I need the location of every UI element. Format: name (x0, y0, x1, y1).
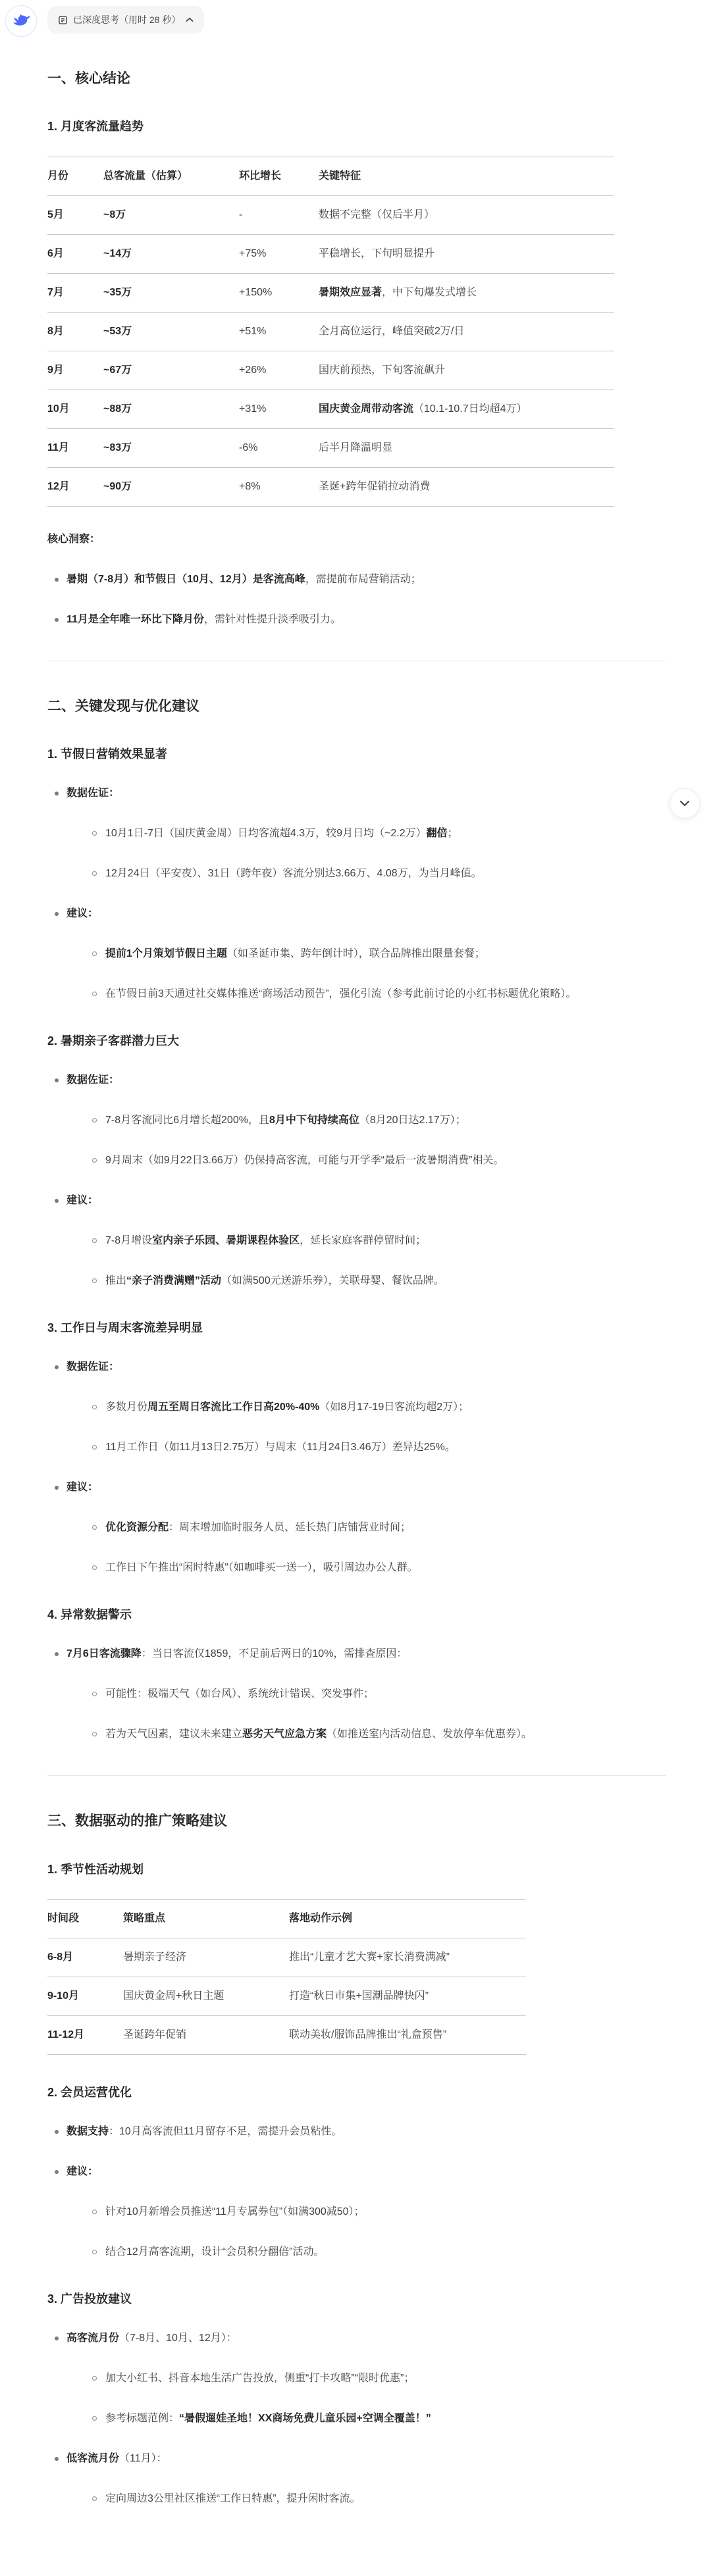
anomaly-block: 7月6日客流骤降：当日客流仅1859，不足前后两日的10%，需排查原因： 可能性… (47, 1645, 666, 1744)
evidence-sublist: 10月1日-7日（国庆黄金周）日均客流超4.3万，较9月日均（~2.2万）翻倍；… (86, 824, 666, 883)
section-2-sub-1-title: 1. 节假日营销效果显著 (47, 745, 666, 763)
cell-period: 9-10月 (47, 1977, 123, 2015)
cell-growth: - (239, 195, 319, 234)
section-2-sub-2-title: 2. 暑期亲子客群潜力巨大 (47, 1032, 666, 1049)
cell-focus: 国庆黄金周+秋日主题 (123, 1977, 289, 2015)
finding-list: 数据佐证： 10月1日-7日（国庆黄金周）日均客流超4.3万，较9月日均（~2.… (47, 784, 666, 1003)
cell-volume: ~88万 (103, 390, 239, 428)
evidence-sublist: 7-8月客流同比6月增长超200%，且8月中下旬持续高位（8月20日达2.17万… (86, 1111, 666, 1170)
evidence-text: 7-8月客流同比6月增长超200%，且8月中下旬持续高位（8月20日达2.17万… (105, 1115, 466, 1126)
insight-text: 11月是全年唯一环比下降月份，需针对性提升淡季吸引力。 (66, 614, 341, 625)
col-header-action: 落地动作示例 (289, 1899, 526, 1938)
anomaly-item: 若为天气因素，建议未来建立恶劣天气应急方案（如推送室内活动信息、发放停车优惠券）… (86, 1725, 666, 1744)
anomaly-sublist: 可能性：极端天气（如台风）、系统统计错误、突发事件； 若为天气因素，建议未来建立… (86, 1685, 666, 1744)
section-divider (47, 1775, 666, 1776)
col-header-period: 时间段 (47, 1899, 123, 1938)
evidence-label: 数据佐证： (66, 788, 119, 799)
assistant-response: 一、核心结论 1. 月度客流量趋势 月份 总客流量（估算） 环比增长 关键特征 … (47, 69, 666, 2508)
deepthink-icon (58, 15, 68, 25)
cell-feature: 国庆前预热，下旬客流飙升 (319, 351, 614, 390)
col-header-focus: 策略重点 (123, 1899, 289, 1938)
cell-volume: ~67万 (103, 351, 239, 390)
cell-month: 8月 (47, 312, 103, 351)
cell-volume: ~90万 (103, 467, 239, 506)
finding-list: 数据佐证： 多数月份周五至周日客流比工作日高20%-40%（如8月17-19日客… (47, 1358, 666, 1577)
high-traffic-label: 高客流月份（7-8月、10月、12月）： (66, 2333, 237, 2344)
cell-growth: +75% (239, 234, 319, 273)
cell-volume: ~83万 (103, 428, 239, 467)
table-row-sep: 9月~67万+26%国庆前预热，下旬客流飙升 (47, 351, 614, 390)
cell-feature: 数据不完整（仅后半月） (319, 195, 614, 234)
table-row-jun: 6月~14万+75%平稳增长，下旬明显提升 (47, 234, 614, 273)
table-row-winter: 11-12月圣诞跨年促销联动美妆/服饰品牌推出“礼盒预售” (47, 2015, 526, 2054)
advice-sublist: 针对10月新增会员推送“11月专属券包”（如满300减50）； 结合12月高客流… (86, 2203, 666, 2261)
advice-text: 推出“亲子消费满赠”活动（如满500元送游乐券），关联母婴、餐饮品牌。 (105, 1275, 444, 1286)
low-traffic-block: 低客流月份（11月）： 定向周边3公里社区推送“工作日特惠”，提升闲时客流。 (47, 2450, 666, 2508)
evidence-text: 10月1日-7日（国庆黄金周）日均客流超4.3万，较9月日均（~2.2万）翻倍； (105, 828, 458, 839)
advice-text: 工作日下午推出“闲时特惠”（如咖啡买一送一），吸引周边办公人群。 (105, 1562, 418, 1573)
cell-month: 7月 (47, 273, 103, 312)
cell-month: 12月 (47, 467, 103, 506)
advice-label: 建议： (66, 1195, 98, 1206)
section-3-sub-2-title: 2. 会员运营优化 (47, 2084, 666, 2101)
table-row-nov: 11月~83万-6%后半月降温明显 (47, 428, 614, 467)
advice-item: 在节假日前3天通过社交媒体推送“商场活动预告”，强化引流（参考此前讨论的小红书标… (86, 985, 666, 1003)
evidence-item: 11月工作日（如11月13日2.75万）与周末（11月24日3.46万）差异达2… (86, 1438, 666, 1457)
insight-text: 暑期（7-8月）和节假日（10月、12月）是客流高峰，需提前布局营销活动； (66, 574, 421, 585)
advice-label: 建议： (66, 908, 98, 919)
cell-growth: +31% (239, 390, 319, 428)
cell-month: 10月 (47, 390, 103, 428)
col-header-month: 月份 (47, 157, 103, 195)
advice-item: 针对10月新增会员推送“11月专属券包”（如满300减50）； (86, 2203, 666, 2221)
core-insight-list: 暑期（7-8月）和节假日（10月、12月）是客流高峰，需提前布局营销活动； 11… (47, 570, 666, 629)
evidence-item: 9月周末（如9月22日3.66万）仍保持高客流，可能与开学季“最后一波暑期消费”… (86, 1151, 666, 1170)
anomaly-sub-text: 可能性：极端天气（如台风）、系统统计错误、突发事件； (105, 1688, 374, 1700)
ads-text: 参考标题范例：“暑假遛娃圣地！XX商场免费儿童乐园+空调全覆盖！” (105, 2413, 431, 2424)
cell-growth: +150% (239, 273, 319, 312)
assistant-message: 已深度思考（用时 28 秒） 一、核心结论 1. 月度客流量趋势 月份 总客流量… (5, 5, 698, 2530)
cell-action: 联动美妆/服饰品牌推出“礼盒预售” (289, 2015, 526, 2054)
col-header-growth: 环比增长 (239, 157, 319, 195)
chevron-down-icon (679, 799, 690, 809)
high-traffic-sublist: 加大小红书、抖音本地生活广告投放，侧重“打卡攻略”“限时优惠”； 参考标题范例：… (86, 2369, 666, 2428)
member-ops-list: 数据支持：10月高客流但11月留存不足，需提升会员粘性。 建议： 针对10月新增… (47, 2123, 666, 2261)
low-traffic-sublist: 定向周边3公里社区推送“工作日特惠”，提升闲时客流。 (86, 2490, 666, 2508)
evidence-block: 数据佐证： 多数月份周五至周日客流比工作日高20%-40%（如8月17-19日客… (47, 1358, 666, 1457)
cell-growth: +51% (239, 312, 319, 351)
evidence-item: 12月24日（平安夜）、31日（跨年夜）客流分别达3.66万、4.08万，为当月… (86, 865, 666, 883)
deep-thinking-label: 已深度思考（用时 28 秒） (73, 13, 180, 26)
advice-item: 工作日下午推出“闲时特惠”（如咖啡买一送一），吸引周边办公人群。 (86, 1559, 666, 1577)
advice-sublist: 7-8月增设室内亲子乐园、暑期课程体验区，延长家庭客群停留时间； 推出“亲子消费… (86, 1232, 666, 1290)
evidence-label: 数据佐证： (66, 1361, 119, 1373)
section-3-sub-3-title: 3. 广告投放建议 (47, 2290, 666, 2308)
col-header-feature: 关键特征 (319, 157, 614, 195)
cell-growth: +26% (239, 351, 319, 390)
table-row-summer: 6-8月暑期亲子经济推出“儿童才艺大赛+家长消费满减” (47, 1938, 526, 1977)
advice-item: 优化资源分配：周末增加临时服务人员、延长热门店铺营业时间； (86, 1519, 666, 1537)
table-header-row: 时间段 策略重点 落地动作示例 (47, 1899, 526, 1938)
section-1-sub-1-title: 1. 月度客流量趋势 (47, 118, 666, 135)
cell-feature: 后半月降温明显 (319, 428, 614, 467)
evidence-text: 9月周末（如9月22日3.66万）仍保持高客流，可能与开学季“最后一波暑期消费”… (105, 1155, 504, 1166)
evidence-item: 10月1日-7日（国庆黄金周）日均客流超4.3万，较9月日均（~2.2万）翻倍； (86, 824, 666, 843)
evidence-sublist: 多数月份周五至周日客流比工作日高20%-40%（如8月17-19日客流均超2万）… (86, 1398, 666, 1457)
anomaly-text: 7月6日客流骤降：当日客流仅1859，不足前后两日的10%，需排查原因： (66, 1648, 407, 1659)
ads-item: 参考标题范例：“暑假遛娃圣地！XX商场免费儿童乐园+空调全覆盖！” (86, 2410, 666, 2428)
cell-focus: 暑期亲子经济 (123, 1938, 289, 1977)
cell-growth: +8% (239, 467, 319, 506)
cell-action: 推出“儿童才艺大赛+家长消费满减” (289, 1938, 526, 1977)
cell-feature: 圣诞+跨年促销拉动消费 (319, 467, 614, 506)
table-row-jul: 7月~35万+150%暑期效应显著，中下旬爆发式增长 (47, 273, 614, 312)
cell-month: 5月 (47, 195, 103, 234)
table-row-autumn: 9-10月国庆黄金周+秋日主题打造“秋日市集+国潮品牌快闪” (47, 1977, 526, 2015)
ads-item: 定向周边3公里社区推送“工作日特惠”，提升闲时客流。 (86, 2490, 666, 2508)
section-1-title: 一、核心结论 (47, 69, 666, 89)
core-insight-label: 核心洞察： (47, 530, 666, 549)
deepseek-whale-logo (11, 10, 31, 33)
cell-period: 6-8月 (47, 1938, 123, 1977)
advice-block: 建议： 提前1个月策划节假日主题（如圣诞市集、跨年倒计时），联合品牌推出限量套餐… (47, 905, 666, 1003)
table-row-aug: 8月~53万+51%全月高位运行，峰值突破2万/日 (47, 312, 614, 351)
advice-item: 结合12月高客流期，设计“会员积分翻倍”活动。 (86, 2243, 666, 2261)
support-item: 数据支持：10月高客流但11月留存不足，需提升会员粘性。 (47, 2123, 666, 2141)
ads-item: 加大小红书、抖音本地生活广告投放，侧重“打卡攻略”“限时优惠”； (86, 2369, 666, 2388)
insight-item: 11月是全年唯一环比下降月份，需针对性提升淡季吸引力。 (47, 611, 666, 629)
table-row-may: 5月~8万-数据不完整（仅后半月） (47, 195, 614, 234)
support-text: 数据支持：10月高客流但11月留存不足，需提升会员粘性。 (66, 2126, 342, 2137)
anomaly-item: 可能性：极端天气（如台风）、系统统计错误、突发事件； (86, 1685, 666, 1704)
advice-text: 优化资源分配：周末增加临时服务人员、延长热门店铺营业时间； (105, 1522, 411, 1533)
advice-text: 提前1个月策划节假日主题（如圣诞市集、跨年倒计时），联合品牌推出限量套餐； (105, 948, 485, 959)
advice-label: 建议： (66, 1482, 98, 1493)
advice-item: 推出“亲子消费满赠”活动（如满500元送游乐券），关联母婴、餐饮品牌。 (86, 1272, 666, 1290)
advice-label: 建议： (66, 2166, 98, 2177)
advice-item: 7-8月增设室内亲子乐园、暑期课程体验区，延长家庭客群停留时间； (86, 1232, 666, 1250)
section-divider (47, 661, 666, 661)
evidence-label: 数据佐证： (66, 1074, 119, 1086)
cell-feature: 全月高位运行，峰值突破2万/日 (319, 312, 614, 351)
cell-month: 9月 (47, 351, 103, 390)
table-row-dec: 12月~90万+8%圣诞+跨年促销拉动消费 (47, 467, 614, 506)
evidence-text: 12月24日（平安夜）、31日（跨年夜）客流分别达3.66万、4.08万，为当月… (105, 868, 482, 879)
cell-volume: ~53万 (103, 312, 239, 351)
section-2-title: 二、关键发现与优化建议 (47, 697, 666, 717)
evidence-item: 7-8月客流同比6月增长超200%，且8月中下旬持续高位（8月20日达2.17万… (86, 1111, 666, 1130)
advice-block: 建议： 7-8月增设室内亲子乐园、暑期课程体验区，延长家庭客群停留时间； 推出“… (47, 1192, 666, 1290)
cell-volume: ~8万 (103, 195, 239, 234)
advice-item: 提前1个月策划节假日主题（如圣诞市集、跨年倒计时），联合品牌推出限量套餐； (86, 945, 666, 963)
advice-sublist: 提前1个月策划节假日主题（如圣诞市集、跨年倒计时），联合品牌推出限量套餐； 在节… (86, 945, 666, 1003)
cell-volume: ~14万 (103, 234, 239, 273)
evidence-block: 数据佐证： 7-8月客流同比6月增长超200%，且8月中下旬持续高位（8月20日… (47, 1071, 666, 1170)
table-row-oct: 10月~88万+31%国庆黄金周带动客流（10.1-10.7日均超4万） (47, 390, 614, 428)
anomaly-sub-text: 若为天气因素，建议未来建立恶劣天气应急方案（如推送室内活动信息、发放停车优惠券）… (105, 1729, 532, 1740)
chat-page: 已深度思考（用时 28 秒） 一、核心结论 1. 月度客流量趋势 月份 总客流量… (0, 0, 711, 2576)
finding-list: 数据佐证： 7-8月客流同比6月增长超200%，且8月中下旬持续高位（8月20日… (47, 1071, 666, 1290)
evidence-text: 多数月份周五至周日客流比工作日高20%-40%（如8月17-19日客流均超2万）… (105, 1402, 469, 1413)
assistant-avatar (5, 5, 37, 37)
low-traffic-label: 低客流月份（11月）： (66, 2453, 167, 2464)
insight-item: 暑期（7-8月）和节假日（10月、12月）是客流高峰，需提前布局营销活动； (47, 570, 666, 589)
seasonal-plan-table: 时间段 策略重点 落地动作示例 6-8月暑期亲子经济推出“儿童才艺大赛+家长消费… (47, 1899, 526, 2055)
monthly-traffic-table: 月份 总客流量（估算） 环比增长 关键特征 5月~8万-数据不完整（仅后半月） … (47, 157, 614, 507)
assistant-message-body: 已深度思考（用时 28 秒） 一、核心结论 1. 月度客流量趋势 月份 总客流量… (47, 5, 666, 2530)
ads-text: 加大小红书、抖音本地生活广告投放，侧重“打卡攻略”“限时优惠”； (105, 2373, 414, 2384)
advice-text: 7-8月增设室内亲子乐园、暑期课程体验区，延长家庭客群停留时间； (105, 1235, 426, 1246)
section-3-title: 三、数据驱动的推广策略建议 (47, 1811, 666, 1831)
chevron-up-icon (186, 17, 194, 22)
cell-feature: 国庆黄金周带动客流（10.1-10.7日均超4万） (319, 390, 614, 428)
advice-block: 建议： 针对10月新增会员推送“11月专属券包”（如满300减50）； 结合12… (47, 2163, 666, 2261)
advice-text: 针对10月新增会员推送“11月专属券包”（如满300减50）； (105, 2206, 365, 2217)
advice-text: 在节假日前3天通过社交媒体推送“商场活动预告”，强化引流（参考此前讨论的小红书标… (105, 988, 577, 999)
cell-action: 打造“秋日市集+国潮品牌快闪” (289, 1977, 526, 2015)
advice-block: 建议： 优化资源分配：周末增加临时服务人员、延长热门店铺营业时间； 工作日下午推… (47, 1478, 666, 1577)
table-header-row: 月份 总客流量（估算） 环比增长 关键特征 (47, 157, 614, 195)
cell-month: 6月 (47, 234, 103, 273)
col-header-volume: 总客流量（估算） (103, 157, 239, 195)
section-3-sub-1-title: 1. 季节性活动规划 (47, 1861, 666, 1878)
section-2-sub-4-title: 4. 异常数据警示 (47, 1606, 666, 1623)
cell-volume: ~35万 (103, 273, 239, 312)
section-2-sub-3-title: 3. 工作日与周末客流差异明显 (47, 1319, 666, 1336)
anomaly-list: 7月6日客流骤降：当日客流仅1859，不足前后两日的10%，需排查原因： 可能性… (47, 1645, 666, 1744)
evidence-text: 11月工作日（如11月13日2.75万）与周末（11月24日3.46万）差异达2… (105, 1442, 456, 1453)
ads-text: 定向周边3公里社区推送“工作日特惠”，提升闲时客流。 (105, 2493, 361, 2504)
evidence-block: 数据佐证： 10月1日-7日（国庆黄金周）日均客流超4.3万，较9月日均（~2.… (47, 784, 666, 883)
advice-text: 结合12月高客流期，设计“会员积分翻倍”活动。 (105, 2246, 324, 2258)
ads-list: 高客流月份（7-8月、10月、12月）： 加大小红书、抖音本地生活广告投放，侧重… (47, 2329, 666, 2508)
cell-month: 11月 (47, 428, 103, 467)
cell-focus: 圣诞跨年促销 (123, 2015, 289, 2054)
deep-thinking-toggle[interactable]: 已深度思考（用时 28 秒） (47, 6, 204, 34)
scroll-to-bottom-button[interactable] (670, 788, 700, 819)
cell-feature: 平稳增长，下旬明显提升 (319, 234, 614, 273)
advice-sublist: 优化资源分配：周末增加临时服务人员、延长热门店铺营业时间； 工作日下午推出“闲时… (86, 1519, 666, 1577)
evidence-item: 多数月份周五至周日客流比工作日高20%-40%（如8月17-19日客流均超2万）… (86, 1398, 666, 1417)
cell-feature: 暑期效应显著，中下旬爆发式增长 (319, 273, 614, 312)
cell-period: 11-12月 (47, 2015, 123, 2054)
cell-growth: -6% (239, 428, 319, 467)
high-traffic-block: 高客流月份（7-8月、10月、12月）： 加大小红书、抖音本地生活广告投放，侧重… (47, 2329, 666, 2428)
